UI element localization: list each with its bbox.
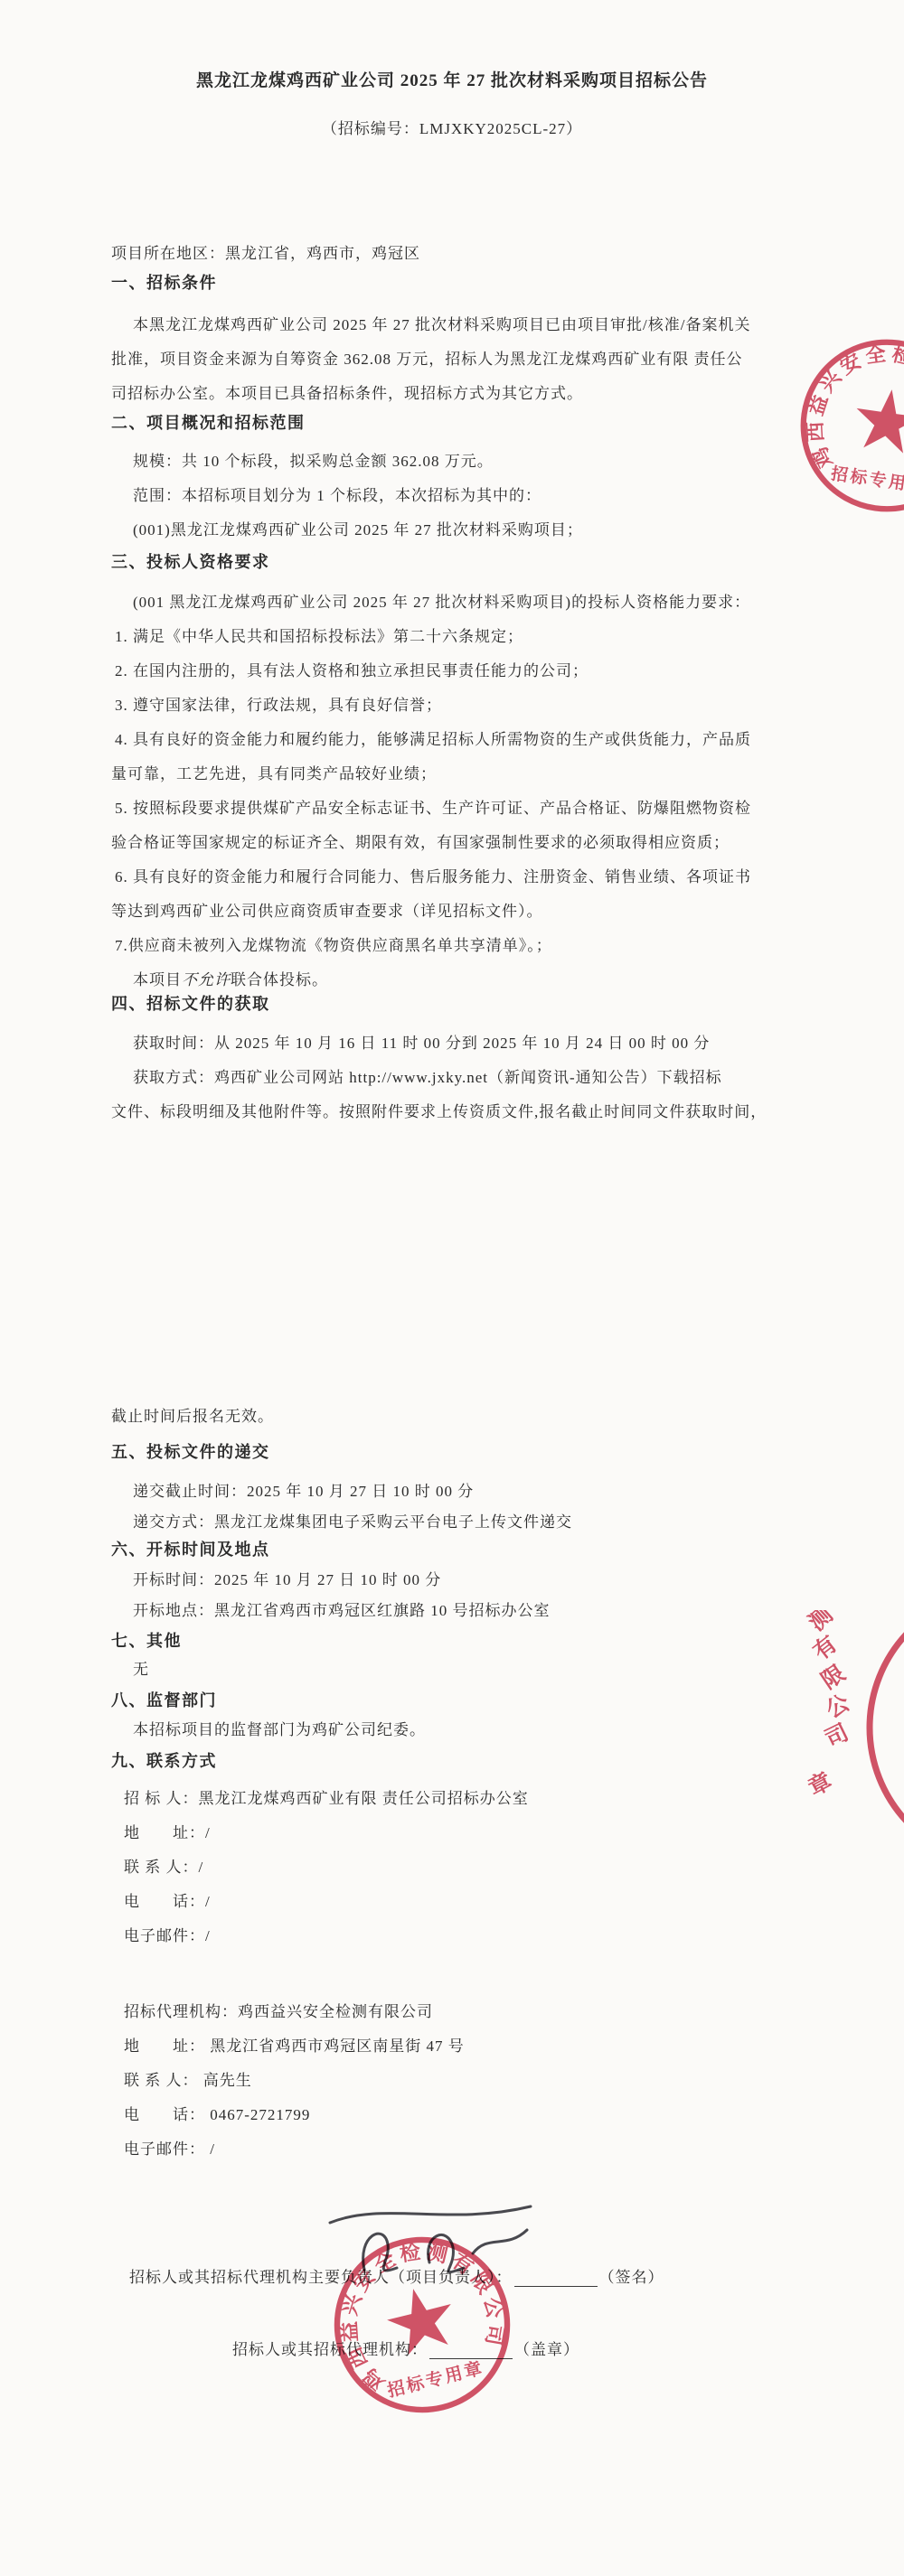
- doc-line: 量可靠，工艺先进，具有同类产品较好业绩；: [111, 757, 836, 792]
- seal-char: 公: [823, 1691, 854, 1723]
- doc-line: 获取时间：从 2025 年 10 月 16 日 11 时 00 分到 2025 …: [111, 1026, 836, 1061]
- doc-line: 规模：共 10 个标段，拟采购总金额 362.08 万元。: [111, 445, 836, 479]
- doc-line: 司招标办公室。本项目已具备招标条件，现招标方式为其它方式。: [111, 377, 836, 411]
- doc-line: 3. 遵守国家法律，行政法规，具有良好信誉；: [111, 688, 836, 723]
- tenderer-contact-block: 招 标 人：黑龙江龙煤鸡西矿业有限 责任公司招标办公室 地 址：/ 联 系 人：…: [111, 1782, 836, 1953]
- section-heading-7: 七、其他: [111, 1629, 836, 1653]
- doc-line: 1. 满足《中华人民共和国招标投标法》第二十六条规定；: [111, 620, 836, 654]
- contact-row: 电 话： 0467-2721799: [111, 2098, 836, 2132]
- contact-row: 地 址： 黑龙江省鸡西市鸡冠区南星街 47 号: [111, 2029, 836, 2064]
- seal-char: 司: [821, 1719, 852, 1752]
- section-heading-2: 二、项目概况和招标范围: [111, 411, 836, 435]
- doc-line: 截止时间后报名无效。: [111, 1400, 836, 1434]
- contact-row: 电子邮件：/: [111, 1919, 836, 1953]
- section-5-body: 递交截止时间：2025 年 10 月 27 日 10 时 00 分 递交方式：黑…: [111, 1476, 836, 1538]
- doc-text: 本项目: [133, 971, 182, 988]
- contact-row: 地 址：/: [111, 1816, 836, 1850]
- doc-line: 递交方式：黑龙江龙煤集团电子采购云平台电子上传文件递交: [111, 1507, 836, 1538]
- doc-line: 开标地点：黑龙江省鸡西市鸡冠区红旗路 10 号招标办公室: [111, 1596, 836, 1626]
- section-heading-6: 六、开标时间及地点: [111, 1538, 836, 1561]
- doc-line: 等达到鸡西矿业公司供应商资质审查要求（详见招标文件）。: [111, 895, 836, 929]
- section-2-body: 规模：共 10 个标段，拟采购总金额 362.08 万元。 范围：本招标项目划分…: [111, 445, 836, 548]
- doc-text-italic: 不允许: [182, 971, 231, 988]
- doc-line: 递交截止时间：2025 年 10 月 27 日 10 时 00 分: [111, 1476, 836, 1507]
- seal-ring: [870, 1610, 904, 1856]
- page-title: 黑龙江龙煤鸡西矿业公司 2025 年 27 批次材料采购项目招标公告: [0, 67, 904, 91]
- star-icon: [852, 385, 904, 454]
- doc-line: 开标时间：2025 年 10 月 27 日 10 时 00 分: [111, 1565, 836, 1596]
- contact-row: 电子邮件： /: [111, 2132, 836, 2167]
- doc-line: 本招标项目的监督部门为鸡矿公司纪委。: [111, 1713, 858, 1747]
- doc-line: 文件、标段明细及其他附件等。按照附件要求上传资质文件,报名截止时间同文件获取时间…: [111, 1095, 836, 1129]
- doc-line: 批准，项目资金来源为自筹资金 362.08 万元，招标人为黑龙江龙煤鸡西矿业有限…: [111, 342, 836, 377]
- doc-line: 验合格证等国家规定的标证齐全、期限有效，有国家强制性要求的必须取得相应资质；: [111, 826, 836, 860]
- section-heading-5: 五、投标文件的递交: [111, 1440, 836, 1464]
- contact-row: 联 系 人：/: [111, 1850, 836, 1885]
- section-6-body: 开标时间：2025 年 10 月 27 日 10 时 00 分 开标地点：黑龙江…: [111, 1565, 836, 1626]
- section-heading-1: 一、招标条件: [111, 271, 836, 295]
- company-seal-stamp-partial: 测 有 限 公 司 章: [799, 1610, 904, 1856]
- doc-line: 范围：本招标项目划分为 1 个标段，本次招标为其中的：: [111, 479, 836, 513]
- doc-line: (001)黑龙江龙煤鸡西矿业公司 2025 年 27 批次材料采购项目；: [111, 513, 836, 548]
- doc-line: 4. 具有良好的资金能力和履约能力，能够满足招标人所需物资的生产或供货能力，产品…: [111, 723, 836, 757]
- handwritten-signature: [321, 2197, 538, 2297]
- contact-row: 联 系 人： 高先生: [111, 2064, 836, 2098]
- project-location: 项目所在地区：黑龙江省，鸡西市，鸡冠区: [111, 237, 836, 271]
- section-heading-3: 三、投标人资格要求: [111, 550, 836, 574]
- document-page: 黑龙江龙煤鸡西矿业公司 2025 年 27 批次材料采购项目招标公告 （招标编号…: [0, 0, 904, 2576]
- section-3-body: (001 黑龙江龙煤鸡西矿业公司 2025 年 27 批次材料采购项目)的投标人…: [111, 585, 836, 998]
- doc-text: 联合体投标。: [231, 971, 328, 988]
- agency-contact-block: 招标代理机构：鸡西益兴安全检测有限公司 地 址： 黑龙江省鸡西市鸡冠区南星街 4…: [111, 1995, 836, 2167]
- contact-row: 招标代理机构：鸡西益兴安全检测有限公司: [111, 1995, 836, 2029]
- doc-line: (001 黑龙江龙煤鸡西矿业公司 2025 年 27 批次材料采购项目)的投标人…: [111, 585, 836, 620]
- section-heading-8: 八、监督部门: [111, 1689, 836, 1712]
- seal-char: 限: [817, 1661, 850, 1694]
- seal-char: 有: [808, 1631, 842, 1664]
- seal-char: 测: [804, 1610, 837, 1635]
- doc-line: 本黑龙江龙煤鸡西矿业公司 2025 年 27 批次材料采购项目已由项目审批/核准…: [111, 308, 836, 342]
- doc-line: 5. 按照标段要求提供煤矿产品安全标志证书、生产许可证、产品合格证、防爆阻燃物资…: [111, 792, 836, 826]
- doc-line: 6. 具有良好的资金能力和履行合同能力、售后服务能力、注册资金、销售业绩、各项证…: [111, 860, 836, 895]
- doc-line: 无: [111, 1653, 858, 1687]
- section-heading-4: 四、招标文件的获取: [111, 992, 836, 1016]
- contact-row: 招 标 人：黑龙江龙煤鸡西矿业有限 责任公司招标办公室: [111, 1782, 836, 1816]
- contact-row: 电 话：/: [111, 1885, 836, 1919]
- doc-line: 获取方式：鸡西矿业公司网站 http://www.jxky.net（新闻资讯-通…: [111, 1061, 836, 1095]
- tender-ref-no: （招标编号：LMJXKY2025CL-27）: [0, 116, 904, 138]
- doc-line: 2. 在国内注册的，具有法人资格和独立承担民事责任能力的公司；: [111, 654, 836, 688]
- section-heading-9: 九、联系方式: [111, 1749, 836, 1773]
- section-4-body: 获取时间：从 2025 年 10 月 16 日 11 时 00 分到 2025 …: [111, 1026, 836, 1129]
- signature-suffix: （签名）: [599, 2264, 664, 2287]
- seal-char: 章: [804, 1767, 836, 1801]
- doc-line: 7.供应商未被列入龙煤物流《物资供应商黑名单共享清单》。；: [111, 929, 836, 963]
- section-1-body: 本黑龙江龙煤鸡西矿业公司 2025 年 27 批次材料采购项目已由项目审批/核准…: [111, 308, 836, 411]
